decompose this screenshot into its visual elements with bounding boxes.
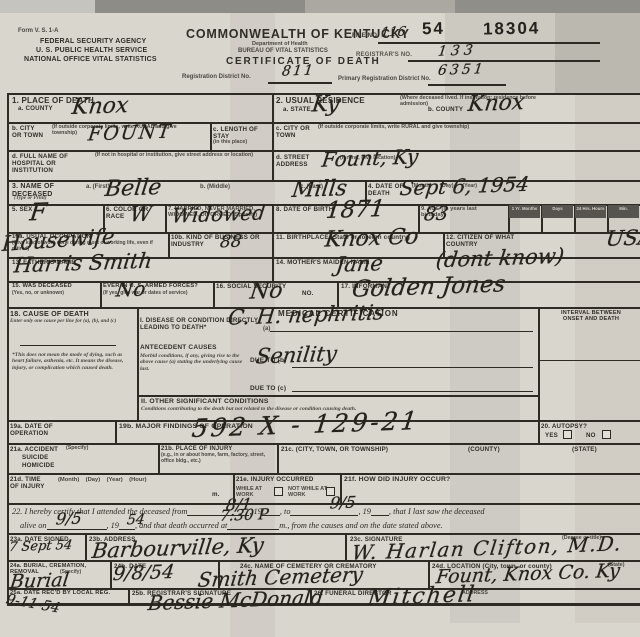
handwritten-first-name: Belle bbox=[104, 177, 163, 201]
handwritten-mothers-name-note: (dont know) bbox=[435, 246, 565, 272]
scan-artifact-strip bbox=[305, 0, 455, 13]
grid-line bbox=[277, 443, 279, 473]
grid-line bbox=[128, 588, 130, 603]
handwritten-business: 88 bbox=[219, 234, 243, 252]
handwritten-armed-forces: No bbox=[115, 278, 147, 299]
age-under24h-hours-box: 24 Hrs. Hours bbox=[575, 205, 606, 218]
note-divider bbox=[20, 345, 116, 346]
grid-line bbox=[158, 443, 160, 473]
age-box-label: 24 Hrs. Hours bbox=[577, 206, 605, 211]
handwritten-date-signed: 7 Sept 54 bbox=[8, 539, 73, 554]
hospital-name-label: d. FULL NAME OF HOSPITAL OR INSTITUTION bbox=[12, 153, 90, 174]
cert-text: , and that death occurred at bbox=[135, 521, 227, 530]
injury-state-label: (STATE) bbox=[572, 446, 597, 453]
time-of-injury-m: m. bbox=[212, 491, 220, 498]
age-box-label: Min. bbox=[619, 206, 628, 211]
registrars-no-value: 133 bbox=[437, 43, 477, 58]
cause-b-line bbox=[292, 367, 533, 368]
interval-cell-line bbox=[538, 360, 640, 361]
autopsy-yes-label: YES bbox=[545, 432, 558, 439]
other-conditions-divider bbox=[137, 395, 538, 397]
cert-text: , 19 bbox=[358, 507, 370, 516]
grid-line bbox=[272, 93, 274, 180]
accident-specify-sub: (Specify) bbox=[66, 446, 88, 452]
cause-of-death-sub: Enter only one cause per line for (a), (… bbox=[10, 319, 132, 325]
armed-forces-sub-1: (Yes, no, or unknown) bbox=[12, 291, 92, 297]
handwritten-registrar-signature: Bessie McDonald bbox=[147, 587, 325, 613]
injury-city-label: 21c. (CITY, TOWN, OR TOWNSHIP) bbox=[281, 446, 388, 453]
hospital-name-sub: (If not in hospital or institution, give… bbox=[95, 153, 265, 159]
grid-line bbox=[165, 204, 167, 232]
grid-line bbox=[213, 281, 215, 307]
grid-line bbox=[100, 281, 102, 307]
due-to-c-label: DUE TO (c) bbox=[250, 385, 286, 392]
other-significant-conditions-label: II. OTHER SIGNIFICANT CONDITIONS bbox=[141, 398, 269, 406]
residence-city-sub: (If outside corporate limits, write RURA… bbox=[318, 125, 548, 131]
blank-line bbox=[371, 507, 389, 516]
scan-artifact-strip bbox=[0, 0, 95, 13]
handwritten-time-of-death: 7:30 P bbox=[219, 507, 269, 524]
county-label: a. COUNTY bbox=[18, 105, 53, 112]
scan-shade-band bbox=[555, 13, 640, 93]
middle-name-label: b. (Middle) bbox=[200, 184, 230, 191]
city-or-town-label: b. CITY OR TOWN bbox=[12, 125, 46, 139]
handwritten-date-of-death: Sept 6, 1954 bbox=[399, 174, 530, 199]
autopsy-yes-checkbox bbox=[563, 430, 572, 439]
suicide-label: SUICIDE bbox=[22, 454, 49, 461]
header-rule bbox=[268, 82, 332, 84]
length-of-stay-sub: (in this place) bbox=[213, 140, 247, 146]
accident-label: 21a. ACCIDENT bbox=[10, 446, 58, 453]
cause-a-line bbox=[270, 331, 533, 332]
header-rule bbox=[428, 84, 506, 86]
handwritten-burial: Burial bbox=[9, 571, 70, 592]
registration-district-value: 811 bbox=[281, 63, 315, 78]
handwritten-citizenship: USA bbox=[605, 227, 640, 250]
grid-line bbox=[85, 533, 87, 560]
grid-line bbox=[7, 473, 640, 475]
age-under1yr-months-box: 1 Yr. Months bbox=[509, 205, 540, 218]
handwritten-fathers-name: Harris Smith bbox=[13, 251, 154, 277]
grid-line bbox=[7, 503, 640, 505]
cause-c-line bbox=[292, 391, 533, 392]
handwritten-county-of-death: Knox bbox=[71, 95, 130, 119]
grid-line bbox=[7, 281, 640, 283]
autopsy-no-checkbox bbox=[602, 430, 611, 439]
injury-county-label: (COUNTY) bbox=[468, 446, 500, 453]
age-box-label: 1 Yr. Months bbox=[512, 206, 537, 211]
date-of-birth-label: 8. DATE OF BIRTH bbox=[276, 206, 333, 213]
how-injury-occurred-label: 21f. HOW DID INJURY OCCUR? bbox=[344, 476, 450, 484]
cert-text: m., from the causes and on the date stat… bbox=[279, 521, 442, 530]
scan-artifact-strip bbox=[455, 0, 640, 13]
cert-text: , to bbox=[280, 507, 291, 516]
injury-occurred-label: 21e. INJURY OCCURRED bbox=[236, 476, 314, 483]
handwritten-due-to-b: Senility bbox=[255, 344, 338, 368]
homicide-label: HOMICIDE bbox=[22, 462, 55, 469]
handwritten-cause-of-death: C. H. nephritis bbox=[227, 302, 385, 329]
handwritten-informant: Golden Jones bbox=[351, 273, 507, 301]
cause-footnote: *This does not mean the mode of dying, s… bbox=[12, 352, 130, 371]
grid-line bbox=[7, 93, 9, 606]
time-of-injury-columns: (Month) (Day) (Year) (Hour) bbox=[58, 477, 147, 483]
grid-line bbox=[7, 443, 640, 445]
agency-line-2: U. S. PUBLIC HEALTH SERVICE bbox=[36, 47, 147, 55]
time-of-injury-label: 21d. TIME OF INJURY bbox=[10, 476, 50, 490]
registrars-no-label: REGISTRAR'S NO. bbox=[356, 52, 412, 59]
interval-label: INTERVAL BETWEEN ONSET AND DEATH bbox=[551, 310, 631, 323]
cert-text: alive on bbox=[20, 521, 47, 530]
handwritten-funeral-director: Mitchell bbox=[367, 584, 478, 610]
while-at-work-checkbox bbox=[274, 487, 283, 496]
date-of-operation-label: 19a. DATE OF OPERATION bbox=[10, 423, 88, 437]
handwritten-age: 83 bbox=[423, 205, 450, 225]
armed-forces-label-1: 15. WAS DECEASED bbox=[12, 283, 72, 290]
handwritten-state: Ky bbox=[311, 93, 341, 116]
stamped-file-number-1: 54 bbox=[422, 19, 445, 39]
file-no-value: 116 bbox=[380, 26, 406, 40]
handwritten-race: W bbox=[129, 204, 153, 226]
street-address-label: d. STREET ADDRESS bbox=[276, 154, 322, 168]
handwritten-ssn: No bbox=[249, 280, 284, 303]
state-label: a. STATE bbox=[283, 106, 311, 113]
cert-text: , that I last saw the deceased bbox=[389, 507, 485, 516]
header-rule bbox=[378, 42, 600, 44]
age-box-label: Days bbox=[552, 206, 562, 211]
social-security-no-label: NO. bbox=[302, 290, 314, 297]
residence-county-label: b. COUNTY bbox=[428, 106, 463, 113]
grid-line bbox=[7, 603, 640, 606]
handwritten-street-address: Fount, Ky bbox=[321, 146, 420, 169]
bureau-line: BUREAU OF VITAL STATISTICS bbox=[238, 48, 328, 55]
age-under1yr-days-box: Days bbox=[542, 205, 573, 218]
handwritten-birthplace: Knox Co bbox=[324, 226, 420, 251]
handwritten-burial-date: 9/8/54 bbox=[112, 563, 175, 584]
residence-city-label: c. CITY OR TOWN bbox=[276, 125, 310, 139]
autopsy-no-label: NO bbox=[586, 432, 596, 439]
grid-line bbox=[137, 307, 139, 420]
header-rule bbox=[408, 60, 600, 62]
form-number: Form V. S. 1-A bbox=[18, 28, 58, 35]
primary-district-label: Primary Registration District No. bbox=[338, 76, 431, 83]
handwritten-major-findings: 592 X - 129-21 bbox=[191, 408, 422, 441]
grid-line bbox=[210, 122, 212, 150]
screenshot-root: { "colors":{"paper":"#d9d6ce","ink":"#2e… bbox=[0, 0, 640, 637]
handwritten-attended-to: 9/5 bbox=[329, 495, 357, 512]
agency-line-1: FEDERAL SECURITY AGENCY bbox=[40, 38, 146, 46]
handwritten-date-of-birth: 1871 bbox=[325, 198, 386, 223]
grid-line bbox=[115, 420, 117, 443]
handwritten-marital-status: Widowed bbox=[171, 202, 267, 225]
handwritten-city-of-death: FOUNT bbox=[87, 122, 173, 144]
handwritten-year-54: 54 bbox=[126, 513, 146, 528]
stamped-file-number-2: 18304 bbox=[483, 19, 541, 40]
grid-line bbox=[272, 204, 274, 281]
registration-district-label: Registration District No. bbox=[182, 74, 251, 81]
cert-text: , 19 bbox=[107, 521, 119, 530]
handwritten-residence-county: Knox bbox=[467, 92, 526, 116]
morbid-conditions-text: Morbid conditions, if any, giving rise t… bbox=[140, 353, 246, 372]
age-under24h-min-box: Min. bbox=[608, 205, 639, 218]
not-while-at-work-label: NOT WHILE AT WORK bbox=[288, 486, 330, 498]
agency-line-3: NATIONAL OFFICE VITAL STATISTICS bbox=[24, 56, 157, 64]
grid-line bbox=[168, 232, 170, 257]
primary-district-value: 6351 bbox=[437, 62, 486, 78]
handwritten-mothers-name: Jane bbox=[335, 253, 384, 276]
handwritten-last-seen: 9/5 bbox=[55, 511, 83, 528]
handwritten-sex: F bbox=[29, 200, 49, 225]
file-no-label: FILE NO. bbox=[352, 33, 379, 40]
cert-text: 22. I hereby certify that I attended the… bbox=[12, 507, 187, 516]
dept-of-health: Department of Health bbox=[252, 41, 308, 47]
grid-line bbox=[538, 307, 540, 443]
place-of-injury-sub: (e.g., in or about home, farm, factory, … bbox=[161, 453, 273, 464]
scan-artifact-strip bbox=[95, 0, 305, 13]
antecedent-causes-label: ANTECEDENT CAUSES bbox=[140, 344, 217, 351]
grid-line bbox=[345, 533, 347, 560]
